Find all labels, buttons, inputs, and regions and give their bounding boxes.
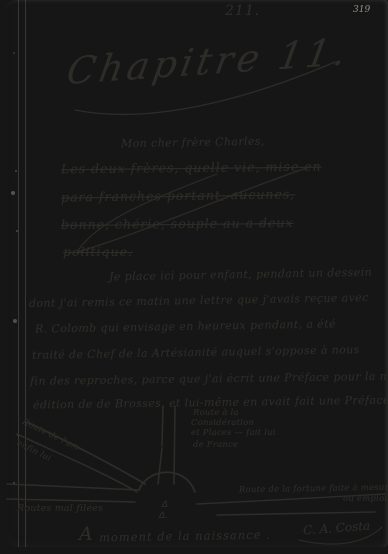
salutation: Mon cher frère Charles, <box>121 135 265 151</box>
road-label-bottom-left: Routes mal filées <box>17 503 103 514</box>
paragraph-line: dont j'ai remis ce matin une lettre que … <box>29 291 369 310</box>
scanned-manuscript-page: { "colors": { "paper": "#ebe9e5", "ink":… <box>0 0 388 554</box>
paragraph-line: fin des reproches, parce que j'ai écrit … <box>30 369 388 388</box>
manuscript-paper: 211. 319 Chapitre 11. Mon cher frère Cha… <box>5 0 388 547</box>
paragraph-line: traité de Chef de la Artésianité auquel … <box>32 343 360 362</box>
caption-text: moment de la naissance . <box>99 528 271 545</box>
page-number: 211. <box>225 3 260 19</box>
scan-background: 211. 319 Chapitre 11. Mon cher frère Cha… <box>0 0 388 554</box>
road-label-vertical-4: de France <box>193 440 238 451</box>
road-label-vertical-3: et Places — fait lui <box>191 428 276 439</box>
road-label-right-2: ou emplois. <box>343 494 388 505</box>
caption-initial: A <box>79 523 93 545</box>
diagonal-cross-out-strokes <box>5 158 388 258</box>
paragraph-line: Je place ici pour enfant, pendant un des… <box>109 266 372 284</box>
center-mark-bottom: Δ. <box>159 511 168 521</box>
center-mark-top: Δ <box>162 500 168 510</box>
title-flourish <box>5 38 388 118</box>
folio-number: 319 <box>353 5 370 15</box>
paragraph-line: R. Colomb qui envisage en heureux pendan… <box>35 317 336 335</box>
